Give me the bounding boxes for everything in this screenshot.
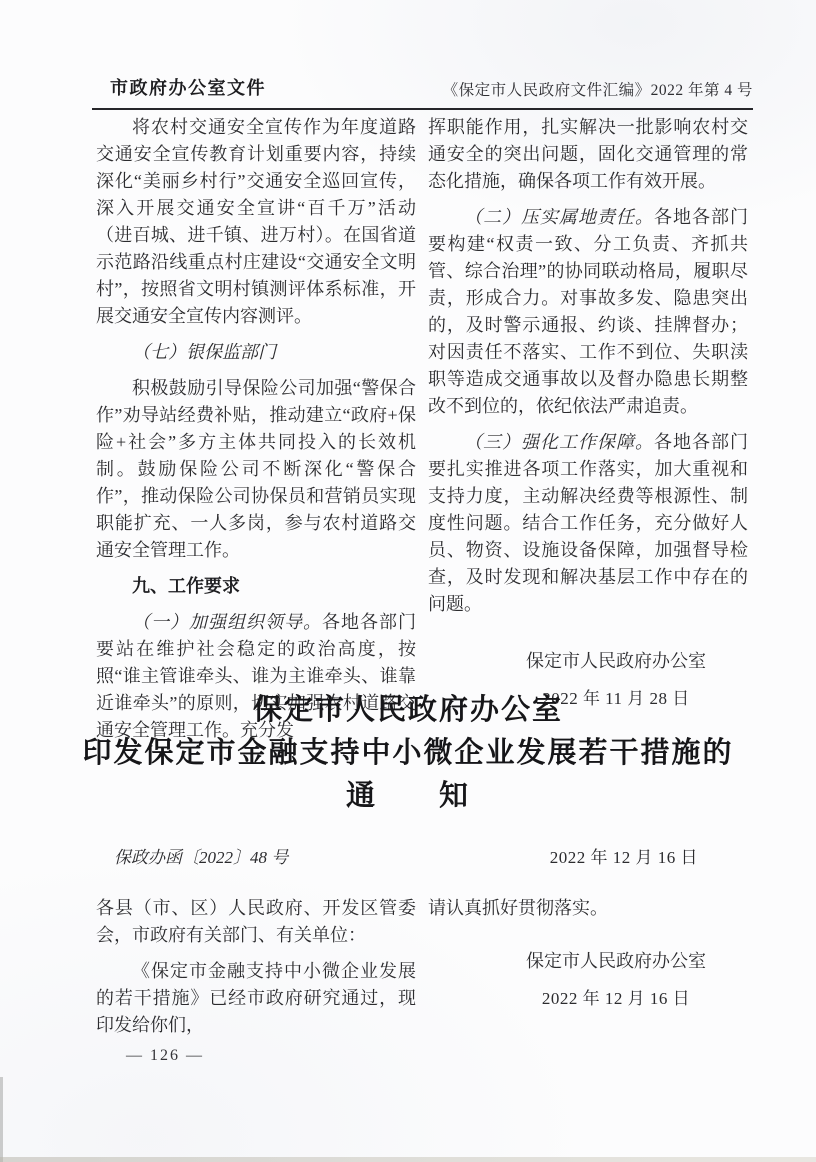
paragraph-implementation: 请认真抓好贯彻落实。 xyxy=(428,895,748,922)
doc-reference-line: 保政办函〔2022〕48 号 2022 年 12 月 16 日 xyxy=(96,843,748,868)
paragraph-territorial-responsibility: （二）压实属地责任。各地各部门要构建“权责一致、分工负责、齐抓共管、综合治理”的… xyxy=(428,204,748,420)
left-column: 各县（市、区）人民政府、开发区管委会，市政府有关部门、有关单位： 《保定市金融支… xyxy=(96,895,416,1048)
signature-issuer: 保定市人民政府办公室 xyxy=(526,648,706,675)
heading-banking-insurance-dept: （七）银保监部门 xyxy=(96,339,416,366)
heading-work-requirements: 九、工作要求 xyxy=(96,573,416,600)
signature-block: 保定市人民政府办公室 2022 年 12 月 16 日 xyxy=(526,948,706,1012)
paragraph-text: 各地各部门要构建“权责一致、分工负责、齐抓共管、综合治理”的协同联动格局，履职尽… xyxy=(428,207,748,416)
section-road-safety-body: 将农村交通安全宣传作为年度道路交通安全宣传教育计划重要内容，持续深化“美丽乡村行… xyxy=(96,114,748,753)
notice-title-line2: 印发保定市金融支持中小微企业发展若干措施的 xyxy=(0,732,816,775)
page-number: — 126 — xyxy=(126,1047,204,1065)
paragraph-rural-publicity: 将农村交通安全宣传作为年度道路交通安全宣传教育计划重要内容，持续深化“美丽乡村行… xyxy=(96,114,416,330)
right-column: 挥职能作用，扎实解决一批影响农村交通安全的突出问题，固化交通管理的常态化措施，确… xyxy=(428,114,748,753)
notice-title-line3: 通 知 xyxy=(0,775,816,818)
paragraph-work-guarantee: （三）强化工作保障。各地各部门要扎实推进各项工作落实，加大重视和支持力度，主动解… xyxy=(428,429,748,618)
notice-title-line1: 保定市人民政府办公室 xyxy=(0,689,816,732)
paragraph-lead-in: （二）压实属地责任。 xyxy=(464,207,654,227)
paragraph-lead-in: （三）强化工作保障。 xyxy=(464,432,654,452)
scan-edge-bottom xyxy=(0,1157,816,1162)
paragraph-text: 各地各部门要扎实推进各项工作落实，加大重视和支持力度，主动解决经费等根源性、制度… xyxy=(428,432,748,614)
scan-edge-left xyxy=(0,1077,3,1162)
doc-number: 保政办函〔2022〕48 号 xyxy=(96,843,288,868)
doc-date: 2022 年 12 月 16 日 xyxy=(550,843,748,868)
left-column: 将农村交通安全宣传作为年度道路交通安全宣传教育计划重要内容，持续深化“美丽乡村行… xyxy=(96,114,416,753)
paragraph-insurance-cooperation: 积极鼓励引导保险公司加强“警保合作”劝导站经费补贴，推动建立“政府+保险+社会”… xyxy=(96,375,416,564)
paragraph-addressees: 各县（市、区）人民政府、开发区管委会，市政府有关部门、有关单位： xyxy=(96,895,416,949)
paragraph-lead-in: （一）加强组织领导。 xyxy=(132,612,322,632)
signature-date: 2022 年 12 月 16 日 xyxy=(526,985,706,1012)
section-notice-body: 各县（市、区）人民政府、开发区管委会，市政府有关部门、有关单位： 《保定市金融支… xyxy=(96,895,748,1048)
page-header: 市政府办公室文件 《保定市人民政府文件汇编》2022 年第 4 号 xyxy=(92,74,753,110)
document-page: 市政府办公室文件 《保定市人民政府文件汇编》2022 年第 4 号 将农村交通安… xyxy=(0,0,816,1162)
paragraph-continuation: 挥职能作用，扎实解决一批影响农村交通安全的突出问题，固化交通管理的常态化措施，确… xyxy=(428,114,748,195)
notice-title: 保定市人民政府办公室 印发保定市金融支持中小微企业发展若干措施的 通 知 xyxy=(0,689,816,818)
paragraph-issuance: 《保定市金融支持中小微企业发展的若干措施》已经市政府研究通过，现印发给你们， xyxy=(96,958,416,1039)
header-doc-type: 市政府办公室文件 xyxy=(92,74,266,100)
header-compilation-info: 《保定市人民政府文件汇编》2022 年第 4 号 xyxy=(443,78,753,100)
signature-issuer: 保定市人民政府办公室 xyxy=(526,948,706,975)
right-column: 请认真抓好贯彻落实。 保定市人民政府办公室 2022 年 12 月 16 日 xyxy=(428,895,748,1048)
